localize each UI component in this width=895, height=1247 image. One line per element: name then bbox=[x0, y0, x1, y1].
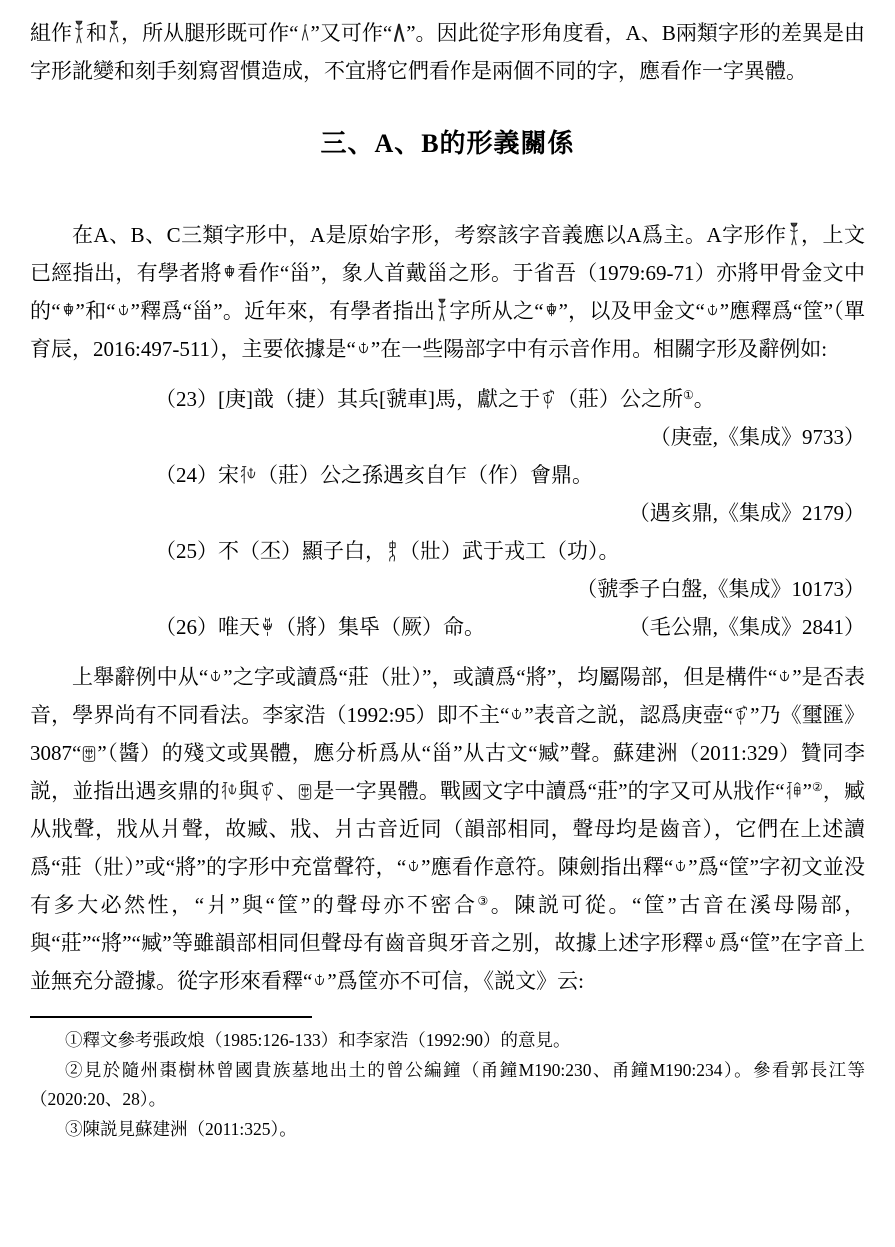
zhuang-vert-glyph bbox=[387, 540, 398, 562]
example-26: （26）唯天（將）集氒（厥）命。 （毛公鼎,《集成》2841） bbox=[30, 608, 865, 646]
example-23-number: （23） bbox=[155, 387, 218, 411]
zhuang-ge-glyph bbox=[734, 705, 749, 726]
example-24-number: （24） bbox=[155, 463, 218, 487]
example-25-number: （25） bbox=[155, 539, 218, 563]
example-26-source: （毛公鼎,《集成》2841） bbox=[629, 608, 865, 646]
example-25: （25）不（丕）顯子白，（壯）武于戎工（功）。 bbox=[30, 532, 865, 570]
footnotes-block: ①釋文參考張政烺（1985:126-133）和李家浩（1992:90）的意見。 … bbox=[30, 1026, 865, 1144]
basket-hatched-glyph bbox=[223, 264, 236, 283]
basket-stem-glyph bbox=[407, 859, 420, 877]
seal-jiang-glyph bbox=[82, 745, 96, 763]
example-25-source: （虢季子白盤,《集成》10173） bbox=[30, 570, 865, 608]
basket-stem-glyph bbox=[313, 973, 326, 991]
footnote-ref: ③ bbox=[478, 894, 491, 908]
footnote-separator bbox=[30, 1016, 312, 1018]
footnote-3: ③陳説見蘇建洲（2011:325）。 bbox=[30, 1115, 865, 1145]
example-24: （24）宋（莊）公之孫遇亥自乍（作）會鼎。 bbox=[30, 456, 865, 494]
figure-straight-glyph bbox=[788, 222, 800, 246]
example-26-text-wrap: （26）唯天（將）集氒（厥）命。 bbox=[155, 608, 485, 646]
example-25-text: 不（丕）顯子白，（壯）武于戎工（功）。 bbox=[218, 539, 620, 563]
document-page: 組作和，所从腿形既可作“”又可作“”。因此從字形角度看，A、B兩類字形的差異是由… bbox=[0, 0, 895, 1247]
basket-hatched-glyph bbox=[545, 302, 558, 321]
example-26-text: 唯天（將）集氒（厥）命。 bbox=[218, 615, 485, 639]
legs-forked-glyph bbox=[300, 23, 310, 43]
basket-stem-glyph bbox=[357, 341, 370, 359]
zhuang-ge-glyph bbox=[541, 389, 556, 410]
examples-block: （23）[庚]戠（捷）其兵[虢車]馬，獻之于（莊）公之所①。 （庚壺,《集成》9… bbox=[30, 380, 865, 646]
footnote-2: ②見於隨州棗樹林曾國貴族墓地出土的曾公編鐘（甬鐘M190:230、甬鐘M190:… bbox=[30, 1056, 865, 1115]
jiang-pan-glyph bbox=[221, 781, 237, 801]
example-24-text: 宋（莊）公之孫遇亥自乍（作）會鼎。 bbox=[218, 463, 593, 487]
section-heading: 三、A、B的形義關係 bbox=[30, 124, 865, 164]
basket-stem-glyph bbox=[510, 707, 523, 725]
footnote-ref: ① bbox=[683, 388, 694, 402]
example-24-source: （遇亥鼎,《集成》2179） bbox=[30, 494, 865, 532]
basket-stem-glyph bbox=[778, 669, 791, 687]
intro-paragraph: 在A、B、C三類字形中，A是原始字形，考察該字音義應以A爲主。A字形作，上文已經… bbox=[30, 216, 865, 368]
basket-stem-glyph bbox=[706, 303, 719, 321]
opening-paragraph: 組作和，所从腿形既可作“”又可作“”。因此從字形角度看，A、B兩類字形的差異是由… bbox=[30, 14, 865, 90]
zhuang-ge-glyph bbox=[260, 781, 275, 802]
jiang-stem-glyph bbox=[261, 617, 274, 637]
figure-straight-glyph bbox=[73, 20, 85, 44]
example-23: （23）[庚]戠（捷）其兵[虢車]馬，獻之于（莊）公之所①。 bbox=[30, 380, 865, 418]
figure-bent-glyph bbox=[108, 20, 120, 44]
basket-stem-glyph bbox=[674, 859, 687, 877]
example-26-number: （26） bbox=[155, 615, 218, 639]
basket-hatched-glyph bbox=[62, 302, 75, 321]
seal-jiang-glyph bbox=[298, 783, 312, 801]
footnote-1: ①釋文參考張政烺（1985:126-133）和李家浩（1992:90）的意見。 bbox=[30, 1026, 865, 1056]
basket-stem-glyph bbox=[117, 303, 130, 321]
basket-stem-glyph bbox=[209, 669, 222, 687]
discussion-paragraph: 上舉辭例中从“”之字或讀爲“莊（壯）”，或讀爲“將”，均屬陽部，但是構件“”是否… bbox=[30, 658, 865, 1000]
example-23-source: （庚壺,《集成》9733） bbox=[30, 418, 865, 456]
figure-straight-glyph bbox=[436, 298, 448, 322]
legs-person-glyph bbox=[393, 23, 405, 43]
qiang-form-glyph bbox=[786, 781, 802, 801]
example-23-text: [庚]戠（捷）其兵[虢車]馬，獻之于（莊）公之所①。 bbox=[218, 387, 715, 411]
basket-stem-glyph bbox=[704, 935, 717, 953]
jiang-pan-glyph bbox=[240, 465, 256, 485]
footnote-ref: ② bbox=[812, 780, 823, 794]
